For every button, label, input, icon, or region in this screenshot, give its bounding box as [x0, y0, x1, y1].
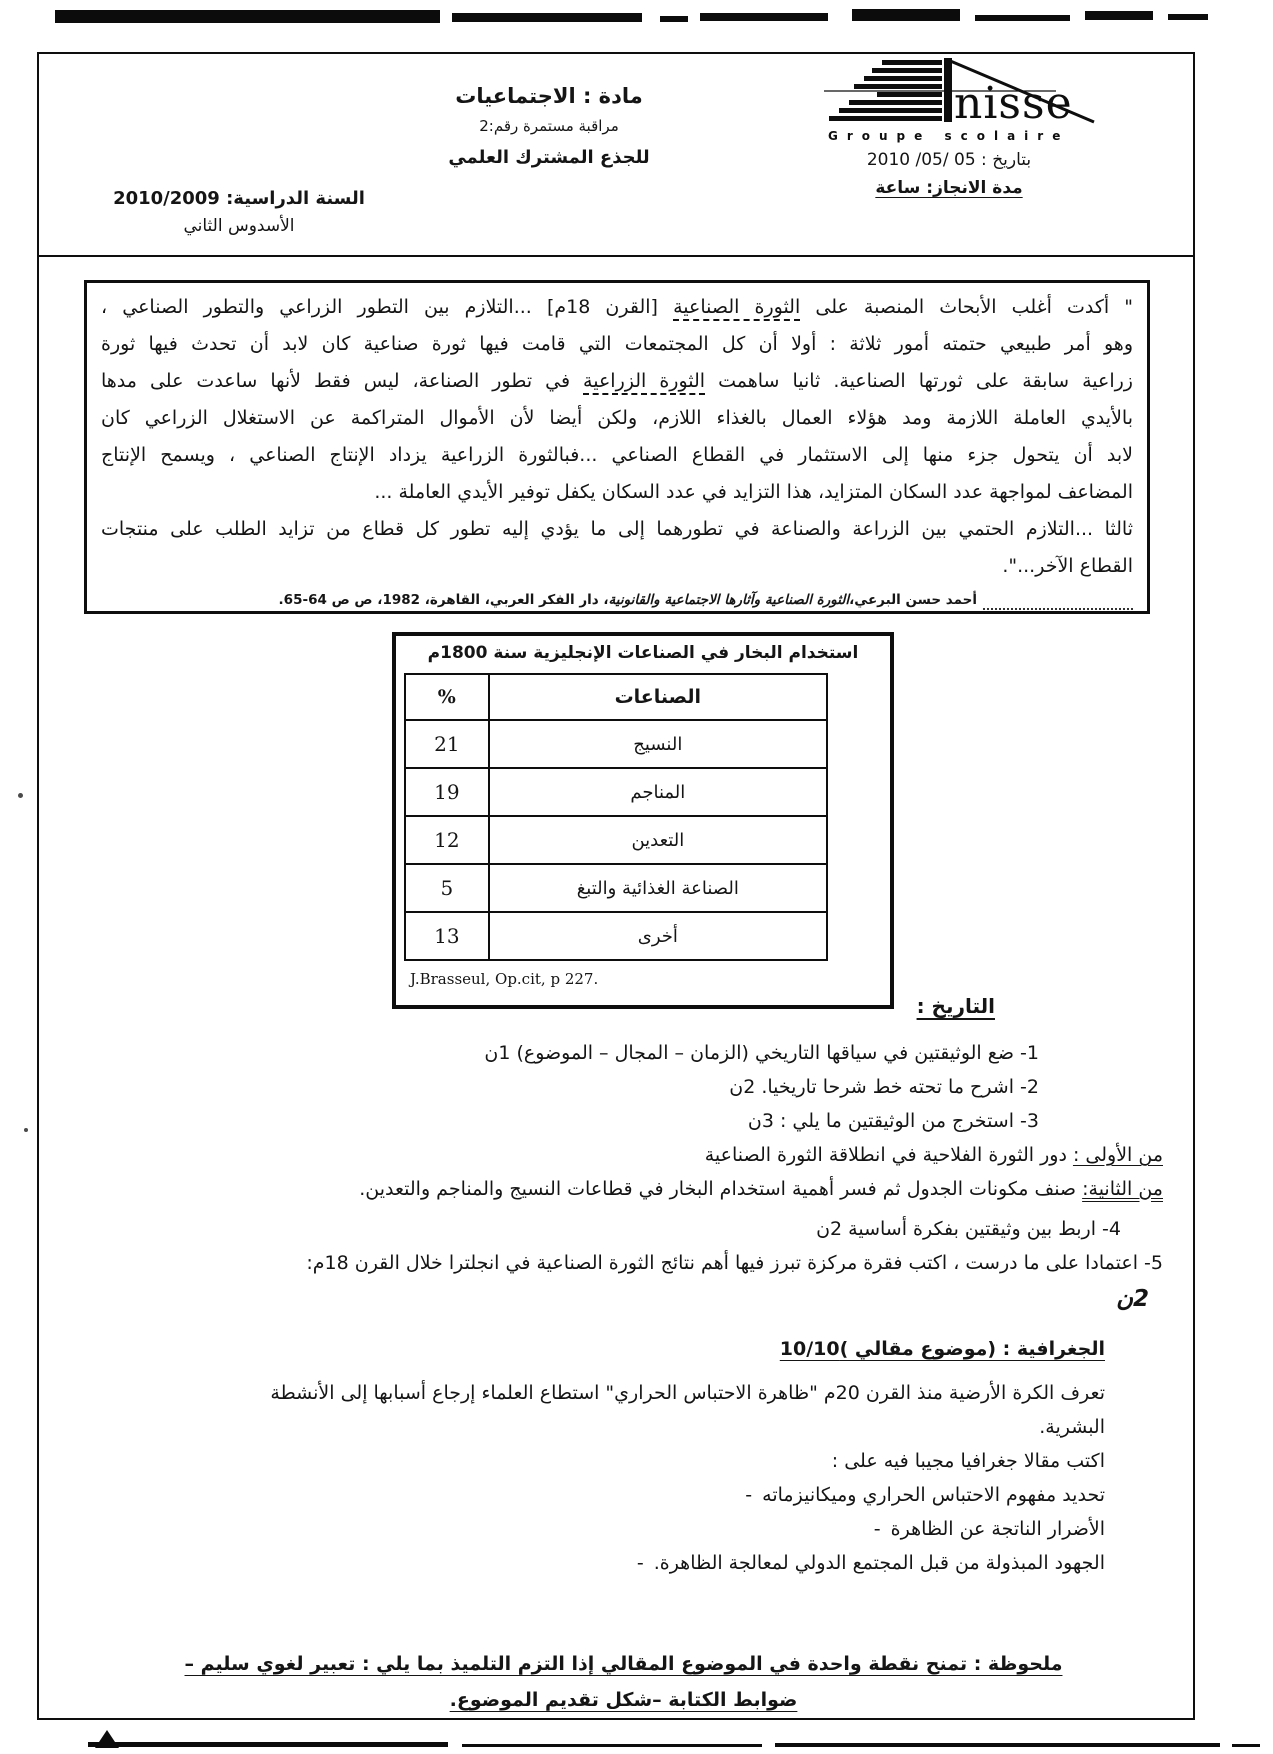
percent-cell: 19: [405, 768, 489, 816]
quote-line: زراعية سابقة على ثورتها الصناعية. ثانيا …: [101, 363, 1133, 400]
history-from-first: من الأولى : دور الثورة الفلاحية في انطلا…: [84, 1138, 1163, 1172]
table-title: استخدام البخار في الصناعات الإنجليزية سن…: [396, 643, 890, 663]
scan-speck: [18, 793, 23, 798]
quote-line: ثالثا ...التلازم الحتمي بين الزراعة والص…: [101, 511, 1133, 548]
note-line: ضوابط الكتابة –شكل تقديم الموضوع.: [84, 1682, 1163, 1718]
scan-streak: [852, 9, 960, 21]
industry-cell: الصناعة الغذائية والتبغ: [489, 864, 827, 912]
geography-section: الجغرافية : (موضوع مقالي )10/10 تعرف الك…: [84, 1338, 1105, 1580]
scan-streak: [452, 13, 642, 22]
geography-intro-line: تعرف الكرة الأرضية منذ القرن 20م "ظاهرة …: [84, 1376, 1105, 1410]
bullet-dash: -: [745, 1484, 752, 1506]
table-row: المناجم 19: [405, 768, 827, 816]
quote-line: " أكدت أغلب الأبحاث المنصبة على الثورة ا…: [101, 289, 1133, 326]
percent-cell: 21: [405, 720, 489, 768]
history-heading-text: التاريخ :: [917, 994, 995, 1018]
quote-underlined-term: الثورة الصناعية: [673, 296, 800, 321]
industry-cell: أخرى: [489, 912, 827, 960]
exam-duration: مدة الانجاز: ساعة: [779, 178, 1119, 198]
table-row: النسيج 21: [405, 720, 827, 768]
from-first-text: دور الثورة الفلاحية في انطلاقة الثورة ال…: [705, 1144, 1073, 1166]
citation-author: أحمد حسن البرعي،: [849, 590, 977, 610]
stream-label: للجذع المشترك العلمي: [379, 147, 719, 168]
percent-cell: 12: [405, 816, 489, 864]
history-question-2: 2- اشرح ما تحته خط شرحا تاريخيا. 2ن: [84, 1070, 1163, 1104]
logo-bars: [829, 58, 952, 122]
quote-underlined-term: الثورة الزراعية: [583, 370, 705, 395]
scan-streak: [975, 15, 1070, 21]
percent-cell: 13: [405, 912, 489, 960]
table-source: J.Brasseul, Op.cit, p 227.: [410, 970, 890, 988]
industry-cell: النسيج: [489, 720, 827, 768]
bullet-text: الجهود المبذولة من قبل المجتمع الدولي لم…: [654, 1552, 1105, 1574]
logo-subtitle: Groupe scolaire: [828, 129, 1069, 143]
bullet-dash: -: [637, 1552, 644, 1574]
logo-name: nisse: [954, 78, 1073, 129]
scan-streak: [462, 1744, 762, 1747]
scan-streak: [88, 1742, 448, 1747]
geography-intro-line: البشرية.: [84, 1410, 1105, 1444]
bullet-text: تحديد مفهوم الاحتباس الحراري وميكانيزمات…: [762, 1484, 1105, 1506]
scan-streak: [55, 10, 440, 23]
scan-streak: [1085, 11, 1153, 20]
percent-cell: 5: [405, 864, 489, 912]
document-2-table: استخدام البخار في الصناعات الإنجليزية سن…: [392, 632, 894, 1009]
geography-task: اكتب مقالا جغرافيا مجيبا فيه على :: [84, 1444, 1105, 1478]
grading-note: ملحوظة : تمنح نقطة واحدة في الموضوع المق…: [84, 1646, 1163, 1718]
scan-triangle-mark: [95, 1730, 119, 1748]
school-logo: nisse Groupe scolaire: [794, 58, 1104, 148]
history-question-5: 5- اعتمادا على ما درست ، اكتب فقرة مركزة…: [84, 1246, 1163, 1280]
scan-streak: [1168, 14, 1208, 20]
scan-streak: [775, 1743, 1220, 1747]
table-header-row: الصناعات %: [405, 674, 827, 720]
from-first-label: من الأولى :: [1073, 1144, 1163, 1166]
history-question-3: 3- استخرج من الوثيقتين ما يلي : 3ن: [84, 1104, 1163, 1138]
table-row: أخرى 13: [405, 912, 827, 960]
scan-speck: [24, 1128, 28, 1132]
history-question-1: 1- ضع الوثيقتين في سياقها التاريخي (الزم…: [84, 1036, 1163, 1070]
note-line: ملحوظة : تمنح نقطة واحدة في الموضوع المق…: [84, 1646, 1163, 1682]
geography-bullet: الأضرار الناتجة عن الظاهرة-: [84, 1512, 1105, 1546]
scan-streak: [700, 13, 828, 21]
page-border: مادة : الاجتماعيات مراقبة مستمرة رقم:2 ل…: [37, 52, 1195, 1720]
history-heading: التاريخ :: [84, 994, 1163, 1036]
table-row: التعدين 12: [405, 816, 827, 864]
quote-text: في تطور الصناعة، ليس فقط لأنها ساعدت على…: [101, 370, 583, 392]
quote-line: المضاعف لمواجهة عدد السكان المتزايد، هذا…: [101, 474, 1133, 511]
bullet-text: الأضرار الناتجة عن الظاهرة: [891, 1518, 1105, 1540]
geography-bullet: الجهود المبذولة من قبل المجتمع الدولي لم…: [84, 1546, 1105, 1580]
geography-heading: الجغرافية : (موضوع مقالي )10/10: [84, 1338, 1105, 1376]
column-header-industries: الصناعات: [489, 674, 827, 720]
exam-date: بتاريخ : 05 /05/ 2010: [779, 150, 1119, 170]
from-second-text: صنف مكونات الجدول ثم فسر أهمية استخدام ا…: [359, 1178, 1082, 1200]
header-left: السنة الدراسية: 2010/2009 الأسدوس الثاني: [84, 188, 394, 236]
quote-text: [القرن 18م] ...التلازم بين التطور الزراع…: [101, 296, 673, 318]
school-year: السنة الدراسية: 2010/2009: [84, 188, 394, 209]
quote-line: لابد أن يتحول جزء منها إلى الاستثمار في …: [101, 437, 1133, 474]
industry-cell: التعدين: [489, 816, 827, 864]
quote-line: القطاع الآخر...".: [101, 548, 1133, 585]
history-question-4: 4- اربط بين وثيقتين بفكرة أساسية 2ن: [84, 1212, 1163, 1246]
subject-title: مادة : الاجتماعيات: [379, 84, 719, 108]
steam-usage-table: الصناعات % النسيج 21 المناجم 19 التعدين …: [404, 673, 828, 961]
citation-dotted-leader: [983, 596, 1133, 610]
history-section: التاريخ : 1- ضع الوثيقتين في سياقها التا…: [84, 994, 1163, 1318]
from-second-label: من الثانية:: [1082, 1178, 1163, 1200]
citation-book-title: الثورة الصناعية وآثارها الاجتماعية والقا…: [609, 590, 850, 610]
quote-line: وهو أمر طبيعي حتمته أمور ثلاثة : أولا أن…: [101, 326, 1133, 363]
column-header-percent: %: [405, 674, 489, 720]
quote-line: بالأيدي العاملة اللازمة ومد هؤلاء العمال…: [101, 400, 1133, 437]
header-divider: [37, 255, 1195, 257]
exam-type: مراقبة مستمرة رقم:2: [379, 117, 719, 135]
semester: الأسدوس الثاني: [84, 216, 394, 236]
question-5-mark: 2ن: [84, 1280, 1163, 1318]
document-1-quote: " أكدت أغلب الأبحاث المنصبة على الثورة ا…: [84, 280, 1150, 614]
geography-bullet: تحديد مفهوم الاحتباس الحراري وميكانيزمات…: [84, 1478, 1105, 1512]
header-center: مادة : الاجتماعيات مراقبة مستمرة رقم:2 ل…: [379, 84, 719, 168]
citation-publisher: ، دار الفكر العربي، القاهرة، 1982، ص ص 6…: [279, 590, 609, 610]
scan-streak: [660, 16, 688, 22]
school-logo-graphic: nisse Groupe scolaire: [794, 58, 1104, 148]
table-row: الصناعة الغذائية والتبغ 5: [405, 864, 827, 912]
scan-streak: [1232, 1744, 1260, 1747]
quote-text: " أكدت أغلب الأبحاث المنصبة على: [800, 296, 1133, 318]
history-from-second: من الثانية: صنف مكونات الجدول ثم فسر أهم…: [84, 1172, 1163, 1206]
header-right: nisse Groupe scolaire بتاريخ : 05 /05/ 2…: [779, 58, 1119, 198]
bullet-dash: -: [874, 1518, 881, 1540]
industry-cell: المناجم: [489, 768, 827, 816]
quote-citation: أحمد حسن البرعي، الثورة الصناعية وآثارها…: [101, 590, 1133, 610]
quote-text: زراعية سابقة على ثورتها الصناعية. ثانيا …: [705, 370, 1133, 392]
